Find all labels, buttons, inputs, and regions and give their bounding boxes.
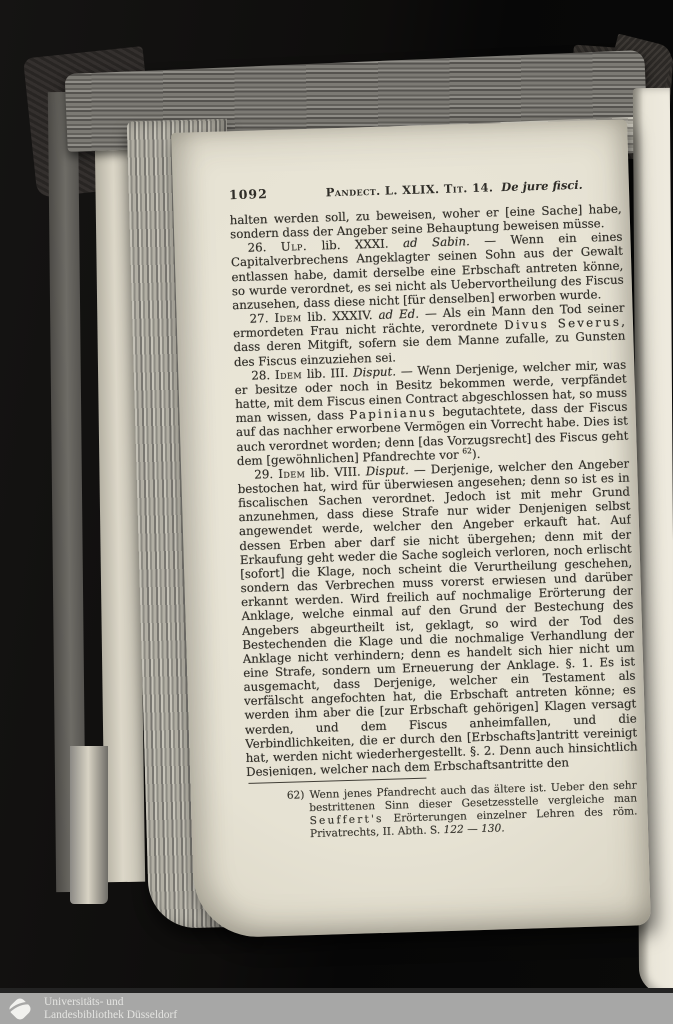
text-segment: 29. <box>254 467 278 482</box>
text-segment: Disput. <box>366 463 409 478</box>
text-segment: — Derjenige, welcher den Angeber bestoch… <box>238 456 638 777</box>
paragraph: 29. Idem lib. VIII. Disput. — Derjenige,… <box>237 456 638 777</box>
text-segment: 122 — 130. <box>443 822 504 836</box>
page-number: 1092 <box>229 186 268 202</box>
text-segment: Idem <box>278 466 306 481</box>
footnote-text: Wenn jenes Pfandrecht auch das ältere is… <box>309 779 638 839</box>
page-header: 1092 Pandect. L. XLIX. Tit. 14. De jure … <box>229 176 621 203</box>
text-segment: Disput. <box>353 364 396 379</box>
footnote-body: 62)Wenn jenes Pfandrecht auch das ältere… <box>247 779 638 842</box>
text-segment: Seuffert's <box>309 813 383 827</box>
text-segment: Ulp. <box>281 239 308 254</box>
library-watermark-bar: Universitäts- und Landesbibliothek Düsse… <box>0 988 673 1024</box>
book-page: 1092 Pandect. L. XLIX. Tit. 14. De jure … <box>171 119 651 938</box>
library-book-logo-icon <box>3 994 37 1024</box>
library-name: Universitäts- und Landesbibliothek Düsse… <box>44 996 177 1021</box>
text-segment: Idem <box>275 367 303 382</box>
paragraph: 28. Idem lib. III. Disput. — Wenn Derjen… <box>234 357 629 468</box>
text-segment: ad Ed. <box>378 307 419 322</box>
book-photo-scan: 1092 Pandect. L. XLIX. Tit. 14. De jure … <box>0 0 673 1024</box>
text-segment: 28. <box>251 368 275 383</box>
footnote-block: 62)Wenn jenes Pfandrecht auch das ältere… <box>246 771 638 842</box>
text-segment: Idem <box>274 310 302 325</box>
footnote-marker: 62) <box>287 789 310 802</box>
paragraph: 26. Ulp. lib. XXXI. ad Sabin. — Wenn ein… <box>230 230 624 312</box>
library-name-line2: Landesbibliothek Düsseldorf <box>44 1009 177 1022</box>
text-segment: 27. <box>249 311 274 326</box>
running-title-latin: De jure fisci. <box>501 178 583 194</box>
footnote-paragraph: 62)Wenn jenes Pfandrecht auch das ältere… <box>287 779 638 841</box>
text-segment: 26. <box>247 240 281 255</box>
book-spine-bottom <box>70 746 108 904</box>
text-segment: lib. III. <box>302 365 353 381</box>
body-text: halten werden soll, zu beweisen, woher e… <box>230 202 639 777</box>
text-segment: ). <box>472 447 481 461</box>
running-title: Pandect. L. XLIX. Tit. 14. <box>326 180 494 199</box>
text-segment: 62 <box>462 446 472 455</box>
footnote-separator-rule <box>248 778 426 784</box>
library-name-line1: Universitäts- und <box>44 996 177 1009</box>
